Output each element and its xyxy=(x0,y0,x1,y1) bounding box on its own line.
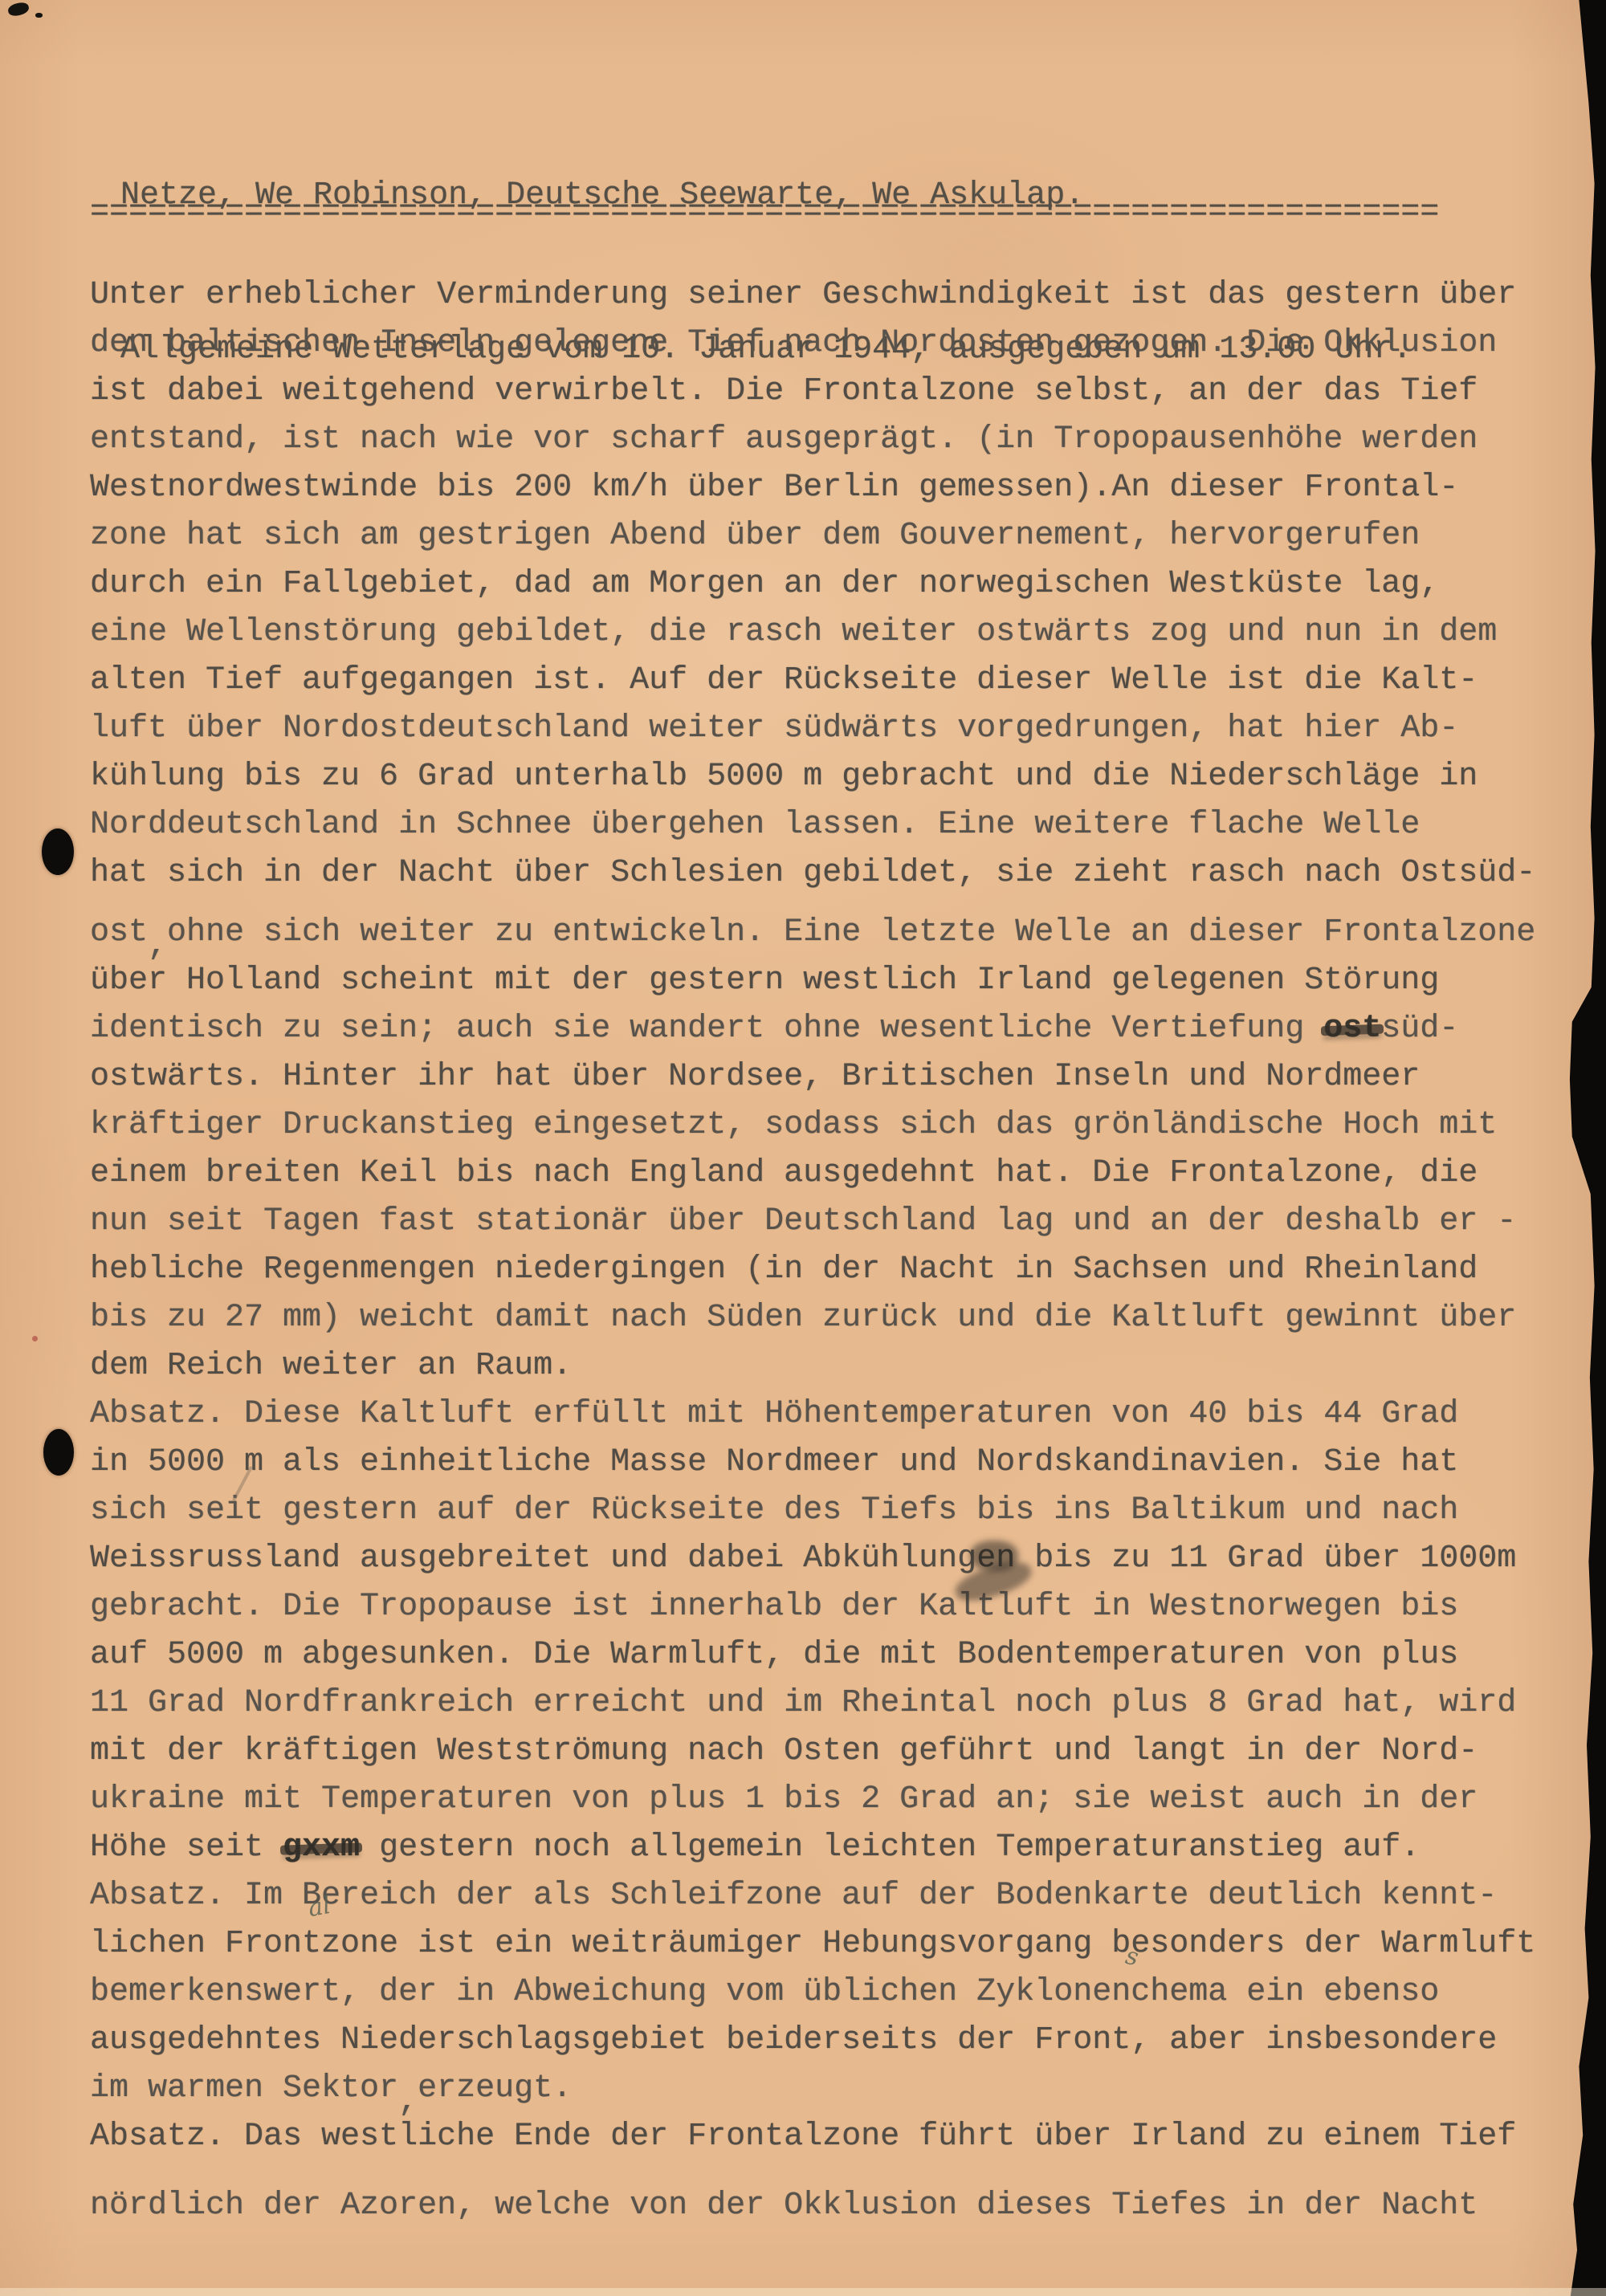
typed-segment: ost xyxy=(90,914,148,951)
typed-segment: ukraine mit Temperaturen von plus 1 bis … xyxy=(90,1781,1478,1818)
typed-segment: hebliche Regenmengen niedergingen (in de… xyxy=(90,1252,1478,1288)
typed-segment: mit der kräftigen Westströmung nach Oste… xyxy=(90,1733,1478,1769)
text-line: ausgedehntes Niederschlagsgebiet beiders… xyxy=(90,2017,1584,2065)
text-line: bemerkenswert, der in Abweichung vom übl… xyxy=(90,1968,1584,2017)
header-separator-line: ========================================… xyxy=(90,194,1439,230)
hole-punch xyxy=(43,1429,74,1476)
typed-segment: kräftiger Druckanstieg eingesetzt, sodas… xyxy=(90,1107,1497,1143)
text-line: im warmen Sektor,erzeugt. xyxy=(90,2065,1584,2113)
typed-segment: entstand, ist nach wie vor scharf ausgep… xyxy=(90,421,1478,458)
text-line: alten Tief aufgegangen ist. Auf der Rück… xyxy=(90,657,1584,705)
typed-segment: gebracht. Die Tropopause ist innerhalb d… xyxy=(90,1589,1458,1625)
text-line: mit der kräftigen Westströmung nach Oste… xyxy=(90,1728,1584,1776)
document-body: Unter erheblicher Verminderung seiner Ge… xyxy=(90,271,1584,2230)
typed-segment: über Holland scheint mit der gestern wes… xyxy=(90,963,1439,999)
typed-segment: lichen Frontzone ist ein weiträumiger He… xyxy=(90,1926,1535,1962)
text-line: durch ein Fallgebiet, dad am Morgen an d… xyxy=(90,560,1584,609)
document-page: Netze, We Robinson, Deutsche Seewarte, W… xyxy=(0,0,1606,2296)
text-line: Weissrussland ausgebreitet und dabei Abk… xyxy=(90,1535,1584,1583)
typed-segment: bis zu 27 mm) weicht damit nach Süden zu… xyxy=(90,1300,1516,1336)
typed-segment-xout: ost xyxy=(1323,1011,1381,1047)
text-line: Westnordwestwinde bis 200 km/h über Berl… xyxy=(90,464,1584,512)
typed-segment: luft über Nordostdeutschland weiter südw… xyxy=(90,710,1458,747)
typed-segment-xout: gxxm xyxy=(283,1830,360,1866)
typed-segment: Westnordwestwinde bis 200 km/h über Berl… xyxy=(90,470,1458,506)
text-line: den baltischen Inseln gelegene Tief nach… xyxy=(90,320,1584,368)
text-line: über Holland scheint mit der gestern wes… xyxy=(90,957,1584,1005)
typed-segment: süd- xyxy=(1381,1011,1458,1047)
typed-segment: alten Tief aufgegangen ist. Auf der Rück… xyxy=(90,662,1478,698)
typed-segment-drop: , xyxy=(148,928,167,964)
text-line: eine Wellenstörung gebildet, die rasch w… xyxy=(90,609,1584,657)
typed-segment: Absatz. Diese Kaltluft erfüllt mit Höhen… xyxy=(90,1396,1458,1432)
typed-segment: bis zu 11 Grad über 1000m xyxy=(1015,1541,1516,1577)
text-line: Absatz. Diese Kaltluft erfüllt mit Höhen… xyxy=(90,1390,1584,1439)
text-line: identisch zu sein; auch sie wandert ohne… xyxy=(90,1005,1584,1053)
typed-segment: ist dabei weitgehend verwirbelt. Die Fro… xyxy=(90,373,1478,409)
text-line: kühlung bis zu 6 Grad unterhalb 5000 m g… xyxy=(90,753,1584,801)
typed-segment: hat sich in der Nacht über Schlesien geb… xyxy=(90,855,1535,891)
text-line: kräftiger Druckanstieg eingesetzt, sodas… xyxy=(90,1101,1584,1150)
paper-stain xyxy=(32,1336,38,1341)
scan-speck xyxy=(7,1,31,18)
text-line: 11 Grad Nordfrankreich erreicht und im R… xyxy=(90,1679,1584,1728)
text-line: in 5000 m als einheitliche Masse Nordmee… xyxy=(90,1439,1584,1487)
typed-segment: zone hat sich am gestrigen Abend über de… xyxy=(90,518,1420,554)
typed-segment: ausgedehntes Niederschlagsgebiet beiders… xyxy=(90,2022,1497,2058)
typed-segment: im warmen Sektor xyxy=(90,2070,398,2107)
text-line: dem Reich weiter an Raum. xyxy=(90,1342,1584,1390)
text-line: bis zu 27 mm) weicht damit nach Süden zu… xyxy=(90,1294,1584,1342)
typed-segment: kühlung bis zu 6 Grad unterhalb 5000 m g… xyxy=(90,759,1478,795)
typed-segment: Absatz. Im Bereich der als Schleifzone a… xyxy=(90,1878,1497,1914)
typed-segment: ostwärts. Hinter ihr hat über Nordsee, B… xyxy=(90,1059,1420,1095)
text-line: nun seit Tagen fast stationär über Deuts… xyxy=(90,1198,1584,1246)
typed-segment: erzeugt. xyxy=(418,2070,572,2107)
typed-segment: einem breiten Keil bis nach England ausg… xyxy=(90,1155,1478,1191)
text-line: entstand, ist nach wie vor scharf ausgep… xyxy=(90,416,1584,464)
handwritten-annotation: al xyxy=(306,1891,332,1923)
typed-segment: identisch zu sein; auch sie wandert ohne… xyxy=(90,1011,1323,1047)
typed-segment: Norddeutschland in Schnee übergehen lass… xyxy=(90,807,1420,843)
typed-segment: ohne sich weiter zu entwickeln. Eine let… xyxy=(167,914,1535,951)
typed-segment: gestern noch allgemein leichten Temperat… xyxy=(360,1830,1420,1866)
text-line: hebliche Regenmengen niedergingen (in de… xyxy=(90,1246,1584,1294)
text-line: ost,ohne sich weiter zu entwickeln. Eine… xyxy=(90,909,1584,957)
typed-segment: den baltischen Inseln gelegene Tief nach… xyxy=(90,325,1497,361)
text-line: ukraine mit Temperaturen von plus 1 bis … xyxy=(90,1776,1584,1824)
text-line: lichen Frontzone ist ein weiträumiger He… xyxy=(90,1920,1584,1968)
text-line: hat sich in der Nacht über Schlesien geb… xyxy=(90,849,1584,898)
text-line: sich seit gestern auf der Rückseite des … xyxy=(90,1487,1584,1535)
typed-segment: Höhe seit xyxy=(90,1830,283,1866)
typed-segment: dem Reich weiter an Raum. xyxy=(90,1348,572,1384)
typed-segment: Weissrussland ausgebreitet und dabei Abk… xyxy=(90,1541,976,1577)
text-line: einem breiten Keil bis nach England ausg… xyxy=(90,1150,1584,1198)
typed-segment: 11 Grad Nordfrankreich erreicht und im R… xyxy=(90,1685,1516,1721)
text-line: ostwärts. Hinter ihr hat über Nordsee, B… xyxy=(90,1053,1584,1101)
text-line: luft über Nordostdeutschland weiter südw… xyxy=(90,705,1584,753)
text-line: auf 5000 m abgesunken. Die Warmluft, die… xyxy=(90,1631,1584,1679)
typed-segment: nördlich der Azoren, welche von der Okkl… xyxy=(90,2188,1478,2224)
scan-edge-artifact xyxy=(0,2288,1606,2296)
typed-segment: Absatz. Das westliche Ende der Frontalzo… xyxy=(90,2119,1516,2155)
text-line: zone hat sich am gestrigen Abend über de… xyxy=(90,512,1584,560)
text-line: Norddeutschland in Schnee übergehen lass… xyxy=(90,801,1584,849)
typed-segment: eine Wellenstörung gebildet, die rasch w… xyxy=(90,614,1497,650)
text-line: gebracht. Die Tropopause ist innerhalb d… xyxy=(90,1583,1584,1631)
typed-segment: Unter erheblicher Verminderung seiner Ge… xyxy=(90,277,1516,313)
text-line: Unter erheblicher Verminderung seiner Ge… xyxy=(90,271,1584,320)
typed-segment: in 5000 m als einheitliche Masse Nordmee… xyxy=(90,1444,1458,1480)
text-line: ist dabei weitgehend verwirbelt. Die Fro… xyxy=(90,368,1584,416)
scan-speck xyxy=(35,13,43,18)
text-line: Höhe seit gxxm gestern noch allgemein le… xyxy=(90,1824,1584,1872)
typed-segment: auf 5000 m abgesunken. Die Warmluft, die… xyxy=(90,1637,1458,1673)
typed-segment: durch ein Fallgebiet, dad am Morgen an d… xyxy=(90,566,1439,602)
typed-segment: nun seit Tagen fast stationär über Deuts… xyxy=(90,1203,1516,1240)
typed-segment-drop: , xyxy=(398,2084,418,2120)
typed-segment: sich seit gestern auf der Rückseite des … xyxy=(90,1492,1458,1529)
hole-punch xyxy=(42,828,74,875)
text-line: Absatz. Das westliche Ende der Frontalzo… xyxy=(90,2113,1584,2161)
text-line: nördlich der Azoren, welche von der Okkl… xyxy=(90,2182,1584,2230)
typed-segment: bemerkenswert, der in Abweichung vom übl… xyxy=(90,1974,1439,2010)
